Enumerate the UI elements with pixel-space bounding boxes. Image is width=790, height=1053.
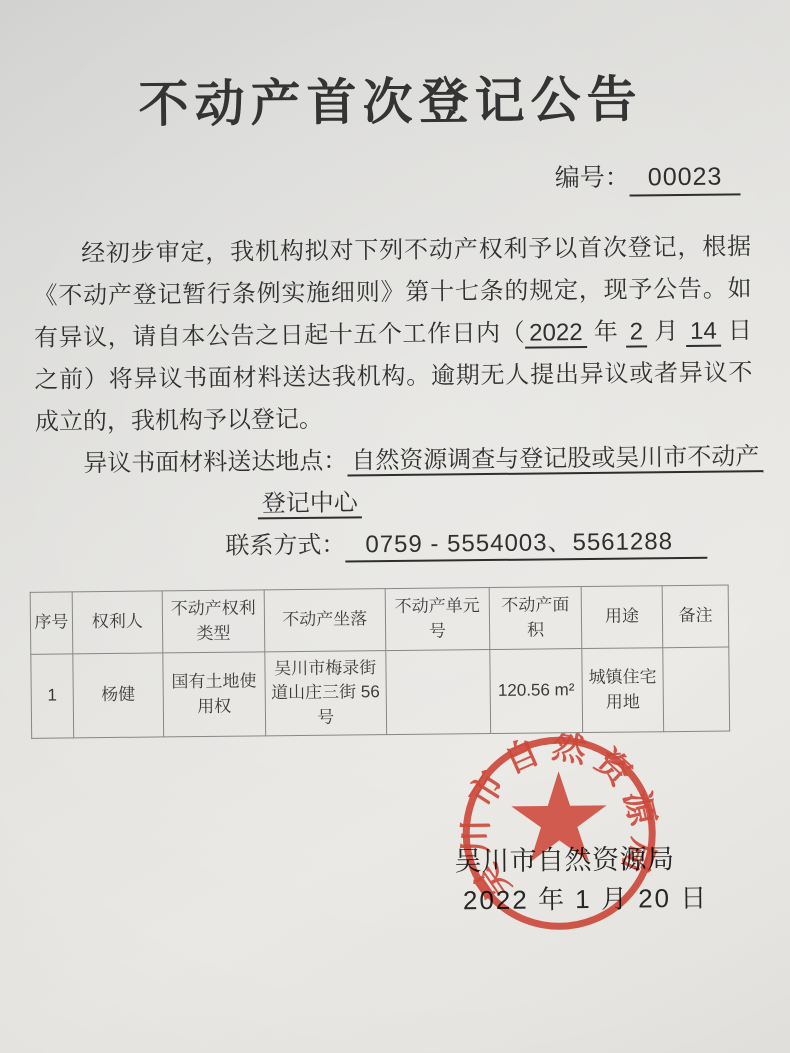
registration-table: 序号 权利人 不动产权利类型 不动产坐落 不动产单元号 不动产面积 用途 备注 … <box>30 585 731 739</box>
delivery-value-line1: 自然资源调查与登记股或吴川市不动产 <box>347 443 763 476</box>
col-header-index: 序号 <box>30 592 73 654</box>
col-header-location: 不动产坐落 <box>264 589 385 652</box>
cell-unit-number <box>385 650 491 735</box>
cell-remarks <box>663 647 730 732</box>
year-unit: 年 <box>586 319 625 346</box>
col-header-area: 不动产面积 <box>489 587 581 650</box>
cell-rightholder: 杨健 <box>73 653 164 738</box>
col-header-unit-number: 不动产单元号 <box>385 588 490 651</box>
deadline-day: 14 <box>686 318 721 347</box>
delivery-location-line2: 登记中心 <box>36 478 754 528</box>
col-header-usage: 用途 <box>581 586 663 649</box>
official-seal-stamp: 吴川市自然资源局 <box>449 732 671 940</box>
delivery-label: 异议书面材料送达地点： <box>83 447 347 477</box>
serial-number-line: 编号：00023 <box>555 156 741 197</box>
deadline-year: 2022 <box>525 319 587 349</box>
col-header-remarks: 备注 <box>662 585 728 648</box>
cell-usage: 城镇住宅用地 <box>581 648 664 733</box>
announcement-body: 经初步审定，我机构拟对下列不动产权利予以首次登记，根据《不动产登记暂行条例实施细… <box>33 226 754 570</box>
cell-right-type: 国有土地使用权 <box>163 652 266 737</box>
delivery-location-line: 异议书面材料送达地点：自然资源调查与登记股或吴川市不动产 <box>35 436 753 486</box>
announcement-paragraph: 经初步审定，我机构拟对下列不动产权利予以首次登记，根据《不动产登记暂行条例实施细… <box>33 226 753 444</box>
cell-location: 吴川市梅录街道山庄三街 56 号 <box>265 651 387 736</box>
contact-line: 联系方式：0759 - 5554003、5561288 <box>36 520 754 570</box>
cell-index: 1 <box>31 654 74 738</box>
registration-table-container: 序号 权利人 不动产权利类型 不动产坐落 不动产单元号 不动产面积 用途 备注 … <box>30 585 731 739</box>
serial-value: 00023 <box>630 162 741 196</box>
contact-value: 0759 - 5554003、5561288 <box>345 528 707 563</box>
month-unit: 月 <box>647 318 686 345</box>
document-title: 不动产首次登记公告 <box>0 58 786 138</box>
cell-area: 120.56 m² <box>490 649 582 734</box>
col-header-rightholder: 权利人 <box>72 591 163 654</box>
serial-label: 编号： <box>555 164 630 193</box>
delivery-value-line2: 登记中心 <box>258 489 362 519</box>
col-header-right-type: 不动产权利类型 <box>162 590 265 653</box>
star-icon <box>511 771 607 862</box>
document-sheet: 不动产首次登记公告 编号：00023 经初步审定，我机构拟对下列不动产权利予以首… <box>0 0 790 1053</box>
contact-label: 联系方式： <box>225 532 345 560</box>
deadline-month: 2 <box>626 318 648 347</box>
table-header-row: 序号 权利人 不动产权利类型 不动产坐落 不动产单元号 不动产面积 用途 备注 <box>30 585 729 654</box>
table-row: 1 杨健 国有土地使用权 吴川市梅录街道山庄三街 56 号 120.56 m² … <box>31 647 730 738</box>
